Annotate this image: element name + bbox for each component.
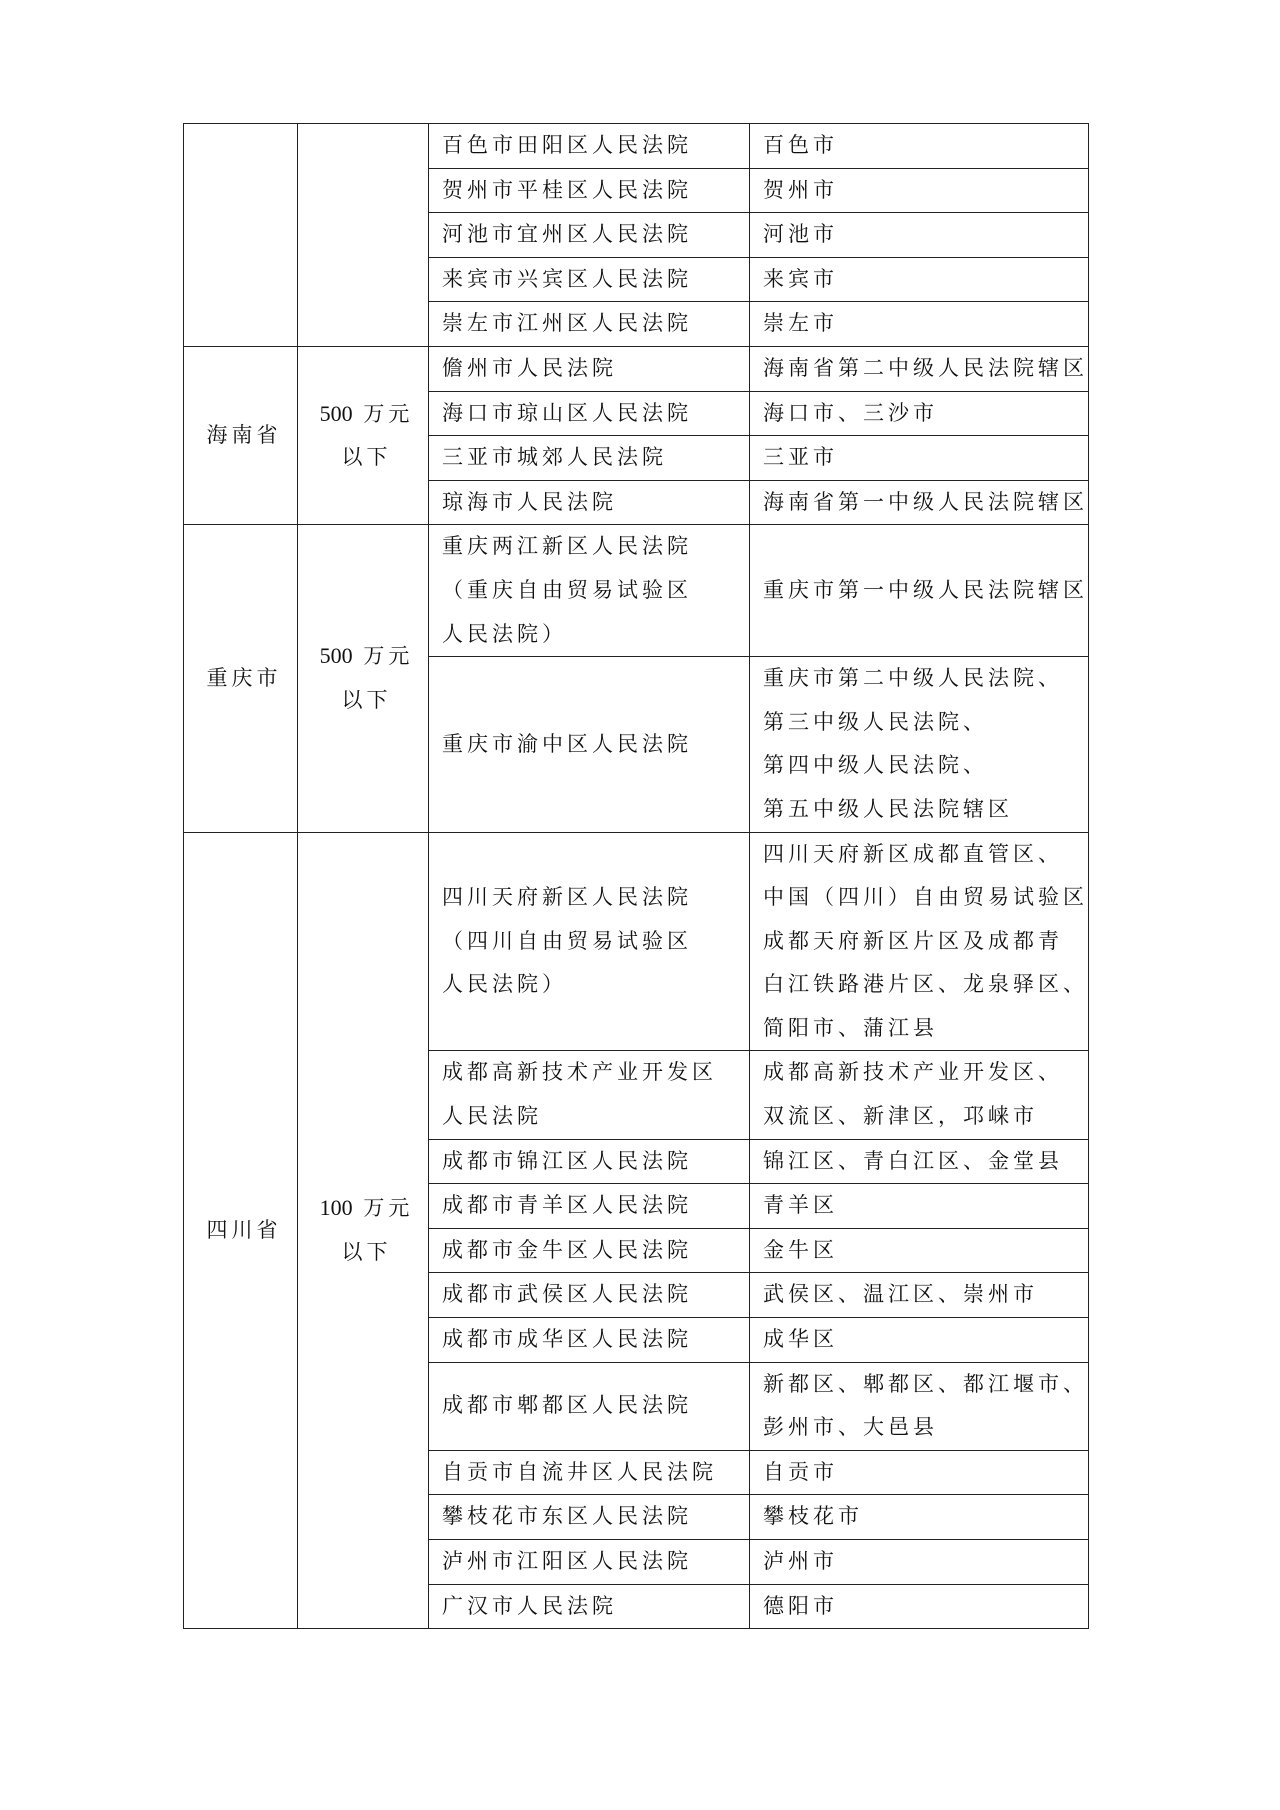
court-name-cell: 重庆市渝中区人民法院 [429,657,750,832]
court-name-line: 儋州市人民法院 [442,347,743,391]
court-name-cell: 儋州市人民法院 [429,346,750,391]
jurisdiction-area-cell: 贺州市 [750,168,1089,213]
court-name-line: 崇左市江州区人民法院 [442,302,743,346]
jurisdiction-area-cell: 攀枝花市 [750,1495,1089,1540]
jurisdiction-area-cell: 海南省第一中级人民法院辖区 [750,480,1089,525]
court-name-cell: 广汉市人民法院 [429,1584,750,1629]
court-name-cell: 百色市田阳区人民法院 [429,124,750,169]
table-row: 四川省100 万元以下四川天府新区人民法院（四川自由贸易试验区人民法院）四川天府… [184,832,1089,1051]
court-name-line: 攀枝花市东区人民法院 [442,1495,743,1539]
jurisdiction-area-line: 青羊区 [763,1184,1082,1228]
court-name-line: 成都高新技术产业开发区 [442,1051,743,1095]
amount-threshold-cell: 500 万元以下 [298,525,429,832]
court-name-cell: 攀枝花市东区人民法院 [429,1495,750,1540]
jurisdiction-area-line: 武侯区、温江区、崇州市 [763,1273,1082,1317]
court-name-line: 成都市武侯区人民法院 [442,1273,743,1317]
court-name-cell: 成都市青羊区人民法院 [429,1184,750,1229]
amount-number: 500 [320,643,353,668]
court-name-line: 来宾市兴宾区人民法院 [442,258,743,302]
amount-unit: 万元 [363,1196,413,1220]
court-name-line: 成都市锦江区人民法院 [442,1140,743,1184]
jurisdiction-area-cell: 武侯区、温江区、崇州市 [750,1273,1089,1318]
jurisdiction-area-cell: 泸州市 [750,1540,1089,1585]
table-row: 海南省500 万元以下儋州市人民法院海南省第二中级人民法院辖区 [184,346,1089,391]
court-name-cell: 琼海市人民法院 [429,480,750,525]
jurisdiction-area-line: 金牛区 [763,1229,1082,1273]
jurisdiction-area-line: 海口市、三沙市 [763,392,1082,436]
jurisdiction-area-line: 锦江区、青白江区、金堂县 [763,1140,1082,1184]
jurisdiction-area-cell: 重庆市第一中级人民法院辖区 [750,525,1089,657]
amount-number: 500 [320,401,353,426]
court-name-line: 贺州市平桂区人民法院 [442,169,743,213]
jurisdiction-area-cell: 重庆市第二中级人民法院、第三中级人民法院、第四中级人民法院、第五中级人民法院辖区 [750,657,1089,832]
court-name-cell: 成都市锦江区人民法院 [429,1139,750,1184]
jurisdiction-area-line: 贺州市 [763,169,1082,213]
court-name-cell: 海口市琼山区人民法院 [429,391,750,436]
jurisdiction-area-cell: 锦江区、青白江区、金堂县 [750,1139,1089,1184]
court-name-cell: 崇左市江州区人民法院 [429,302,750,347]
jurisdiction-area-cell: 海口市、三沙市 [750,391,1089,436]
jurisdiction-area-line: 白江铁路港片区、龙泉驿区、 [763,963,1082,1007]
court-name-cell: 三亚市城郊人民法院 [429,436,750,481]
court-name-line: 琼海市人民法院 [442,481,743,525]
jurisdiction-area-line: 海南省第一中级人民法院辖区 [763,481,1082,525]
jurisdiction-area-line: 第三中级人民法院、 [763,701,1082,745]
court-name-line: 人民法院） [442,613,743,657]
jurisdiction-area-cell: 四川天府新区成都直管区、中国（四川）自由贸易试验区成都天府新区片区及成都青白江铁… [750,832,1089,1051]
jurisdiction-area-cell: 崇左市 [750,302,1089,347]
jurisdiction-area-line: 成华区 [763,1318,1082,1362]
court-name-cell: 成都市成华区人民法院 [429,1318,750,1363]
amount-threshold-cell: 100 万元以下 [298,832,429,1629]
court-name-line: 河池市宜州区人民法院 [442,213,743,257]
court-name-cell: 贺州市平桂区人民法院 [429,168,750,213]
jurisdiction-area-cell: 德阳市 [750,1584,1089,1629]
table-row: 重庆市500 万元以下重庆两江新区人民法院（重庆自由贸易试验区人民法院）重庆市第… [184,525,1089,657]
court-name-cell: 四川天府新区人民法院（四川自由贸易试验区人民法院） [429,832,750,1051]
jurisdiction-area-cell: 新都区、郫都区、都江堰市、彭州市、大邑县 [750,1362,1089,1450]
court-name-line: 重庆市渝中区人民法院 [442,723,743,767]
court-name-line: 成都市成华区人民法院 [442,1318,743,1362]
jurisdiction-area-line: 双流区、新津区，邛崃市 [763,1095,1082,1139]
document-page: 百色市田阳区人民法院百色市贺州市平桂区人民法院贺州市河池市宜州区人民法院河池市来… [0,0,1280,1810]
jurisdiction-area-cell: 三亚市 [750,436,1089,481]
jurisdiction-area-line: 中国（四川）自由贸易试验区 [763,876,1082,920]
court-name-cell: 河池市宜州区人民法院 [429,213,750,258]
amount-line: 500 万元 [311,634,422,679]
province-name: 海南省 [207,423,282,447]
jurisdiction-area-line: 崇左市 [763,302,1082,346]
jurisdiction-area-line: 百色市 [763,124,1082,168]
court-name-line: 重庆两江新区人民法院 [442,525,743,569]
court-name-line: 自贡市自流井区人民法院 [442,1451,743,1495]
jurisdiction-area-line: 德阳市 [763,1585,1082,1629]
jurisdiction-area-line: 第四中级人民法院、 [763,744,1082,788]
amount-suffix: 以下 [311,436,422,480]
amount-unit: 万元 [363,644,413,668]
jurisdiction-area-line: 成都高新技术产业开发区、 [763,1051,1082,1095]
court-name-line: 三亚市城郊人民法院 [442,436,743,480]
court-name-cell: 成都高新技术产业开发区人民法院 [429,1051,750,1139]
court-name-line: 泸州市江阳区人民法院 [442,1540,743,1584]
jurisdiction-area-line: 四川天府新区成都直管区、 [763,833,1082,877]
jurisdiction-area-line: 河池市 [763,213,1082,257]
court-name-cell: 成都市郫都区人民法院 [429,1362,750,1450]
jurisdiction-area-line: 新都区、郫都区、都江堰市、 [763,1363,1082,1407]
jurisdiction-area-cell: 河池市 [750,213,1089,258]
jurisdiction-area-line: 简阳市、蒲江县 [763,1007,1082,1051]
province-cell: 海南省 [184,346,298,524]
table-body: 百色市田阳区人民法院百色市贺州市平桂区人民法院贺州市河池市宜州区人民法院河池市来… [184,124,1089,1629]
court-name-line: （四川自由贸易试验区 [442,920,743,964]
court-name-cell: 成都市武侯区人民法院 [429,1273,750,1318]
jurisdiction-area-cell: 成华区 [750,1318,1089,1363]
jurisdiction-area-line: 攀枝花市 [763,1495,1082,1539]
amount-suffix: 以下 [311,679,422,723]
court-name-line: 人民法院 [442,1095,743,1139]
amount-threshold-cell: 500 万元以下 [298,346,429,524]
jurisdiction-area-cell: 自贡市 [750,1450,1089,1495]
jurisdiction-area-line: 海南省第二中级人民法院辖区 [763,347,1082,391]
province-cell [184,124,298,347]
jurisdiction-area-line: 重庆市第一中级人民法院辖区 [763,569,1082,613]
jurisdiction-area-line: 三亚市 [763,436,1082,480]
jurisdiction-area-line: 成都天府新区片区及成都青 [763,920,1082,964]
court-name-line: 成都市金牛区人民法院 [442,1229,743,1273]
court-name-cell: 自贡市自流井区人民法院 [429,1450,750,1495]
court-name-cell: 来宾市兴宾区人民法院 [429,257,750,302]
jurisdiction-area-line: 自贡市 [763,1451,1082,1495]
province-name: 四川省 [207,1218,282,1242]
province-name: 重庆市 [207,666,282,690]
province-cell: 四川省 [184,832,298,1629]
amount-suffix: 以下 [311,1231,422,1275]
amount-line: 100 万元 [311,1186,422,1231]
jurisdiction-area-line: 彭州市、大邑县 [763,1406,1082,1450]
court-name-line: 广汉市人民法院 [442,1585,743,1629]
jurisdiction-area-cell: 青羊区 [750,1184,1089,1229]
court-jurisdiction-table: 百色市田阳区人民法院百色市贺州市平桂区人民法院贺州市河池市宜州区人民法院河池市来… [183,123,1089,1629]
amount-threshold-cell [298,124,429,347]
court-name-cell: 泸州市江阳区人民法院 [429,1540,750,1585]
court-name-cell: 成都市金牛区人民法院 [429,1228,750,1273]
jurisdiction-area-line: 第五中级人民法院辖区 [763,788,1082,832]
jurisdiction-area-cell: 百色市 [750,124,1089,169]
jurisdiction-area-line: 泸州市 [763,1540,1082,1584]
jurisdiction-area-line: 重庆市第二中级人民法院、 [763,657,1082,701]
court-name-line: （重庆自由贸易试验区 [442,569,743,613]
amount-number: 100 [320,1195,353,1220]
jurisdiction-area-cell: 来宾市 [750,257,1089,302]
jurisdiction-area-line: 来宾市 [763,258,1082,302]
jurisdiction-area-cell: 金牛区 [750,1228,1089,1273]
court-name-line: 海口市琼山区人民法院 [442,392,743,436]
jurisdiction-area-cell: 成都高新技术产业开发区、双流区、新津区，邛崃市 [750,1051,1089,1139]
court-name-line: 成都市青羊区人民法院 [442,1184,743,1228]
province-cell: 重庆市 [184,525,298,832]
court-name-cell: 重庆两江新区人民法院（重庆自由贸易试验区人民法院） [429,525,750,657]
table-row: 百色市田阳区人民法院百色市 [184,124,1089,169]
court-name-line: 百色市田阳区人民法院 [442,124,743,168]
court-name-line: 四川天府新区人民法院 [442,876,743,920]
amount-unit: 万元 [363,402,413,426]
amount-line: 500 万元 [311,392,422,437]
court-name-line: 人民法院） [442,963,743,1007]
court-name-line: 成都市郫都区人民法院 [442,1384,743,1428]
jurisdiction-area-cell: 海南省第二中级人民法院辖区 [750,346,1089,391]
